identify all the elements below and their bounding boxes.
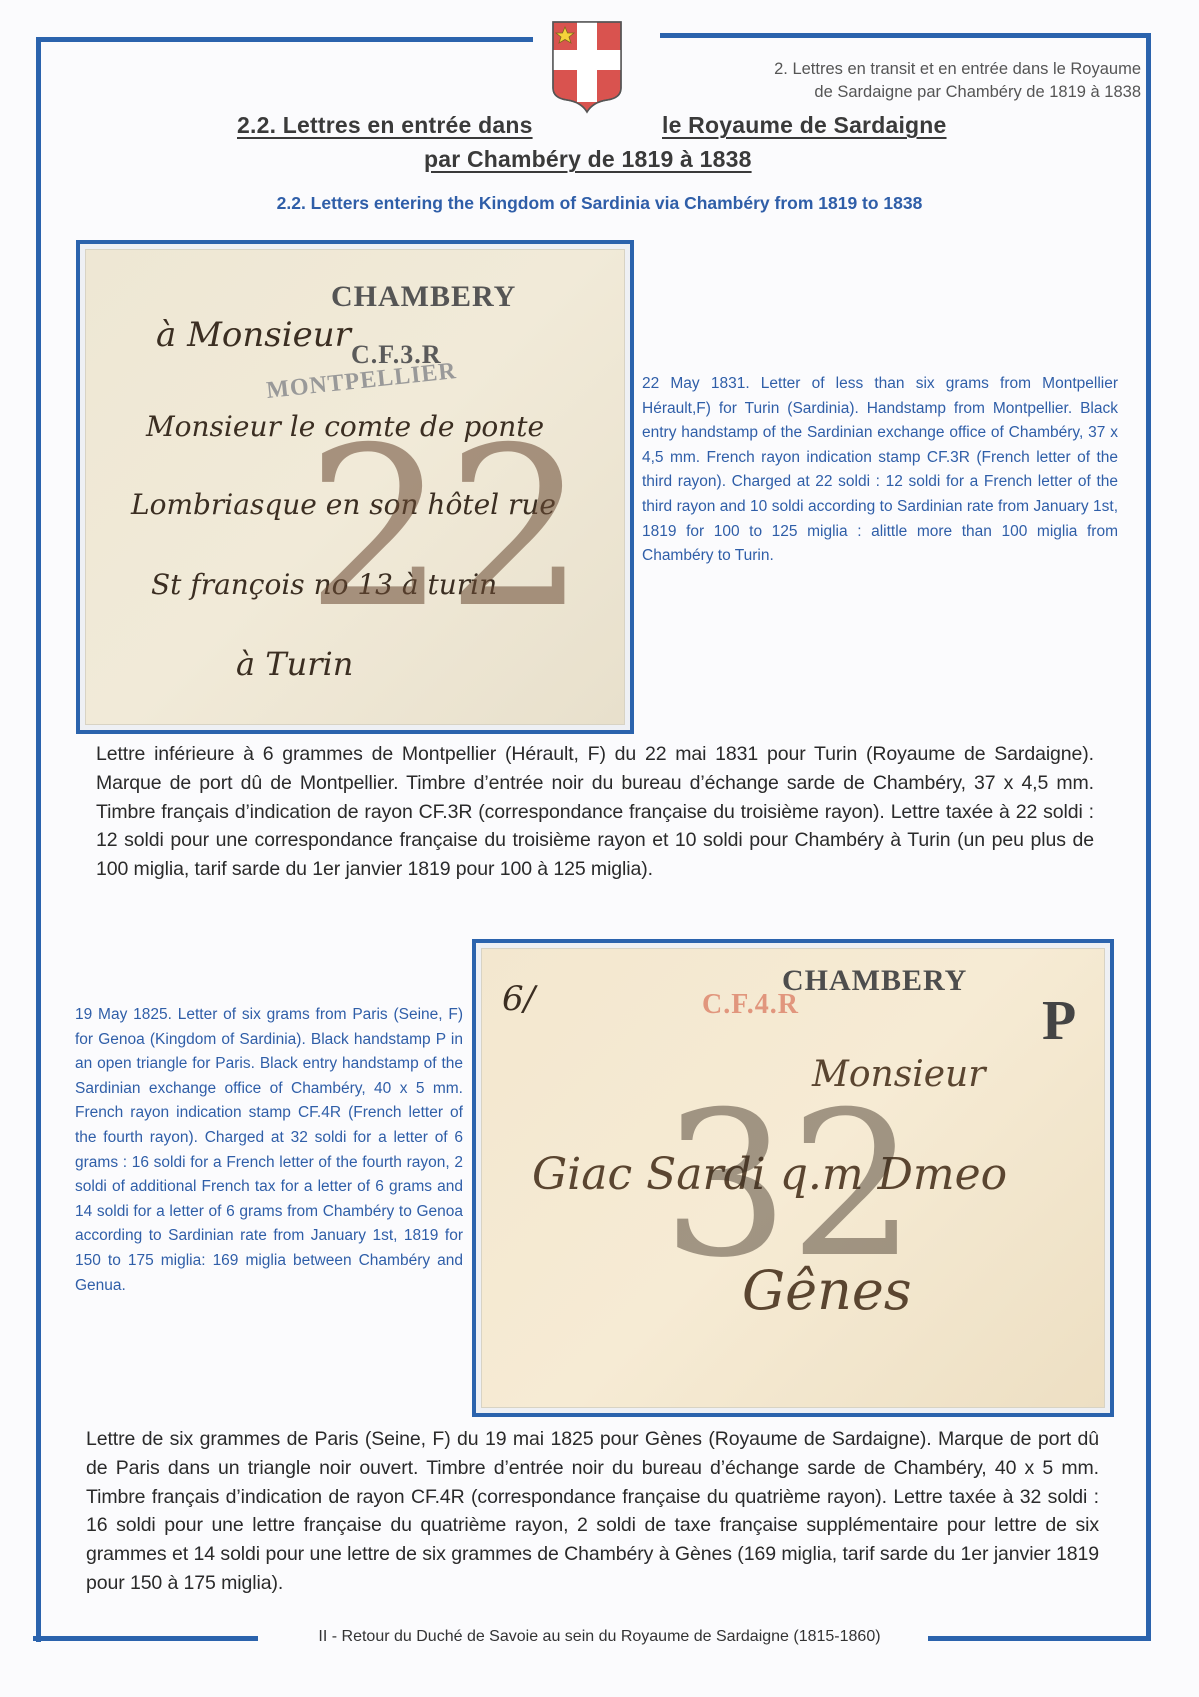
description-en-2: 19 May 1825. Letter of six grams from Pa… (75, 1003, 463, 1298)
frame-top-right (660, 33, 1150, 38)
page-title-fr-line2: par Chambéry de 1819 à 1838 (424, 146, 752, 173)
address-line-1: à Monsieur (156, 315, 351, 355)
description-en-1: 22 May 1831. Letter of less than six gra… (642, 372, 1118, 569)
stamp-chambery: CHAMBERY (782, 964, 967, 998)
stamp-p-triangle: P (1042, 989, 1077, 1053)
section-heading: 2. Lettres en transit et en entrée dans … (641, 58, 1141, 104)
tax-mark-32: 32 (662, 1069, 917, 1302)
cover-montpellier-turin: CHAMBERY C.F.3.R MONTPELLIER à Monsieur … (85, 249, 625, 725)
section-heading-line2: de Sardaigne par Chambéry de 1819 à 1838 (641, 81, 1141, 104)
page-title-fr-part2: le Royaume de Sardaigne (662, 112, 947, 139)
description-fr-2: Lettre de six grammes de Paris (Seine, F… (86, 1425, 1099, 1598)
frame-right (1146, 33, 1151, 1641)
page-title-en: 2.2. Letters entering the Kingdom of Sar… (0, 193, 1199, 214)
letter-image-2: CHAMBERY C.F.4.R P 6/ Monsieur Giac Sard… (472, 939, 1114, 1417)
section-heading-line1: 2. Lettres en transit et en entrée dans … (641, 58, 1141, 81)
stamp-cf4r: C.F.4.R (702, 989, 799, 1021)
tax-mark-22: 22 (306, 400, 586, 656)
cover-paris-genoa: CHAMBERY C.F.4.R P 6/ Monsieur Giac Sard… (481, 948, 1105, 1408)
letter-image-1: CHAMBERY C.F.3.R MONTPELLIER à Monsieur … (76, 240, 634, 734)
stamp-chambery: CHAMBERY (331, 280, 516, 314)
page-title-fr-part1: 2.2. Lettres en entrée dans (237, 112, 533, 139)
frame-top-left (36, 37, 533, 42)
savoy-coat-of-arms-icon (551, 20, 623, 116)
page-footer: II - Retour du Duché de Savoie au sein d… (0, 1628, 1199, 1646)
frame-left (36, 37, 41, 1642)
weight-mark: 6/ (502, 979, 535, 1019)
description-fr-1: Lettre inférieure à 6 grammes de Montpel… (96, 740, 1094, 884)
